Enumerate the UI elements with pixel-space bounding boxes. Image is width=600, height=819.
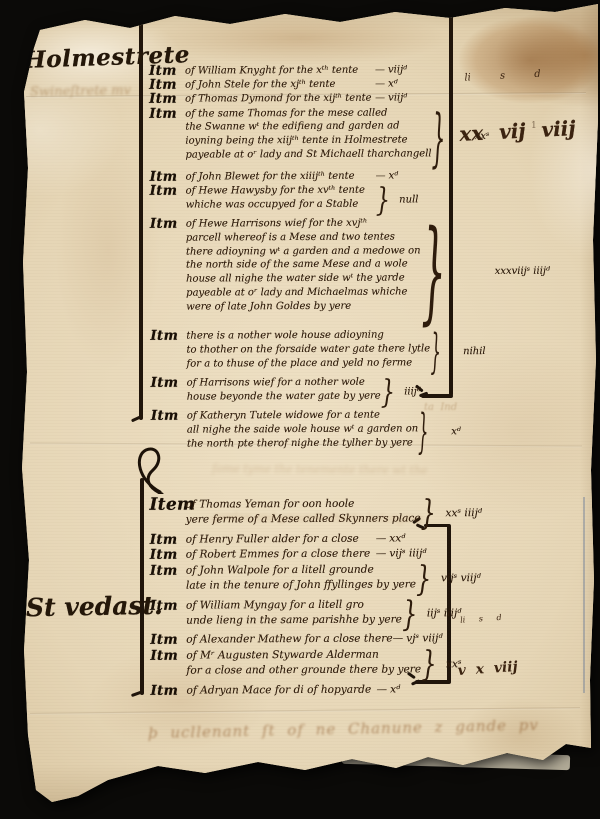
showthrough-line: garden and grounde therto belonging bbox=[212, 509, 427, 527]
ledger-entry: Itm of John Walpole for a litell grounde… bbox=[150, 562, 452, 598]
sum-units: li s d bbox=[464, 67, 573, 84]
ledger-entry: Itm there is a nother wole house adioyni… bbox=[150, 328, 452, 377]
amount-connector: } bbox=[430, 328, 441, 375]
showthrough-bottom-line: þ ucllenant ſt of ne Chanune z gande pv bbox=[148, 716, 539, 742]
amount-value: xxˢ bbox=[475, 130, 490, 144]
amount-connector: — bbox=[375, 92, 385, 106]
entry-text: of Mʳ Augusten Stywarde Alderman for a c… bbox=[186, 647, 421, 683]
item-word: Itm bbox=[150, 218, 187, 330]
entry-text: of Harrisons wief for a nother wole hous… bbox=[187, 376, 381, 409]
amount-connector: } bbox=[381, 376, 396, 408]
item-word: Itm bbox=[150, 648, 186, 683]
entry-text: there is a nother wole house adioyning t… bbox=[186, 328, 430, 376]
amount-connector: } bbox=[420, 216, 445, 328]
ledger-entry: Itm of William Myngay for a litell gro u… bbox=[150, 597, 452, 633]
ledger-entry: Itm of Thomas Dymond for the xijᵗʰ tente… bbox=[149, 92, 451, 107]
ledger-entry: Itm of John Stele for the xjᵗʰ tente —xᵈ bbox=[149, 77, 451, 92]
amount-value: iijˢ iiijᵈ bbox=[427, 606, 462, 621]
manuscript-scan: Holmestrete Swineſtrete mv St vedast. 1 … bbox=[0, 0, 600, 819]
entry-text: of Adryan Mace for di of hopyarde bbox=[186, 682, 376, 698]
amount-value: viijᵈ bbox=[388, 63, 407, 77]
entry-text: of John Walpole for a litell grounde lat… bbox=[186, 562, 416, 598]
paper-sheet: Holmestrete Swineſtrete mv St vedast. 1 … bbox=[0, 0, 600, 819]
ledger-entry: Itm of Hewe Harrisons wief for the xvjᵗʰ… bbox=[150, 216, 453, 329]
amount-value: vijˢ viijᵈ bbox=[441, 571, 481, 586]
ledger-entry: Itm of John Blewet for the xiiijᵗʰ tente… bbox=[150, 169, 452, 184]
amount-connector: } bbox=[376, 184, 391, 216]
margin-heading-st-vedast: St vedast. bbox=[26, 591, 163, 622]
amount-connector: } bbox=[402, 597, 418, 632]
amount-connector: — bbox=[375, 78, 385, 92]
showthrough-line: ſome tyme the tenemente there wt the bbox=[212, 461, 427, 479]
rental-list-holmestrete: Itm of William Knyght for the xᵗʰ tente … bbox=[149, 63, 453, 457]
page-edge-line bbox=[583, 497, 585, 693]
amount-value: xᵈ bbox=[390, 682, 400, 697]
item-word: Itm bbox=[150, 633, 186, 648]
item-word: Item bbox=[149, 498, 185, 533]
ledger-entry: Itm of William Knyght for the xᵗʰ tente … bbox=[149, 63, 451, 78]
item-word: Itm bbox=[151, 410, 187, 457]
amount-connector: — bbox=[375, 64, 385, 78]
amount-value: viijᵈ bbox=[388, 92, 407, 106]
item-word: Itm bbox=[150, 185, 186, 217]
item-word: Itm bbox=[151, 377, 187, 409]
ledger-entry: Itm of Alexander Mathew for a close ther… bbox=[150, 632, 452, 649]
item-word: Itm bbox=[149, 107, 185, 170]
showthrough-mid-block: ſome tyme the tenemente there wt the gar… bbox=[211, 429, 427, 559]
ledger-entry: Itm of the same Thomas for the mese call… bbox=[149, 106, 451, 171]
paper-wrap: Holmestrete Swineſtrete mv St vedast. 1 … bbox=[0, 0, 600, 819]
amount-value: xᵈ bbox=[388, 78, 398, 92]
entry-text: of Thomas Dymond for the xijᵗʰ tente bbox=[185, 92, 375, 107]
amount-connector: } bbox=[431, 106, 445, 169]
amount-value: null bbox=[399, 193, 418, 207]
entry-text: of John Blewet for the xiiijᵗʰ tente bbox=[186, 170, 376, 185]
amount-value: xxˢ iiijᵈ bbox=[445, 506, 482, 521]
entry-text: of William Myngay for a litell gro unde … bbox=[186, 597, 402, 633]
item-word: Itm bbox=[150, 563, 186, 598]
item-word: Itm bbox=[150, 330, 186, 377]
amount-value: iiijᵈ bbox=[404, 385, 421, 399]
amount-value: xxˢ bbox=[446, 657, 462, 672]
ledger-entry: Itm of Hewe Hawysby for the xvᵗʰ tente w… bbox=[150, 184, 452, 218]
amount-connector: } bbox=[421, 647, 437, 682]
item-word: Itm bbox=[150, 548, 186, 563]
item-word: Itm bbox=[150, 683, 186, 698]
entry-text: of Alexander Mathew for a close there bbox=[186, 632, 392, 648]
entry-text: of William Knyght for the xᵗʰ tente bbox=[185, 64, 375, 79]
item-word: Itm bbox=[150, 598, 186, 633]
amount-value: xxxviijˢ iiijᵈ bbox=[495, 265, 550, 279]
amount-value: nihil bbox=[463, 345, 486, 359]
amount-connector: — bbox=[393, 632, 404, 647]
amount-value: xᵈ bbox=[389, 170, 399, 184]
item-word: Itm bbox=[150, 532, 186, 547]
entry-text: of John Stele for the xjᵗʰ tente bbox=[185, 78, 375, 93]
entry-text: of the same Thomas for the mese called t… bbox=[185, 106, 431, 171]
amount-connector: — bbox=[376, 682, 387, 697]
ledger-entry: Itm of Adryan Mace for di of hopyarde —x… bbox=[150, 682, 452, 699]
showthrough-margin-text: Swineſtrete mv bbox=[30, 83, 131, 100]
entry-text: of Hewe Hawysby for the xvᵗʰ tente which… bbox=[186, 184, 376, 217]
ledger-entry: Itm of Mʳ Augusten Stywarde Alderman for… bbox=[150, 647, 452, 683]
section2-left-rule bbox=[140, 478, 144, 695]
entry-text: of Hewe Harrisons wief for the xvjᵗʰ par… bbox=[186, 216, 421, 329]
ledger-entry: Itm of Harrisons wief for a nother wole … bbox=[151, 376, 453, 410]
amount-connector: } bbox=[416, 562, 432, 597]
amount-value: xᵈ bbox=[451, 425, 461, 439]
